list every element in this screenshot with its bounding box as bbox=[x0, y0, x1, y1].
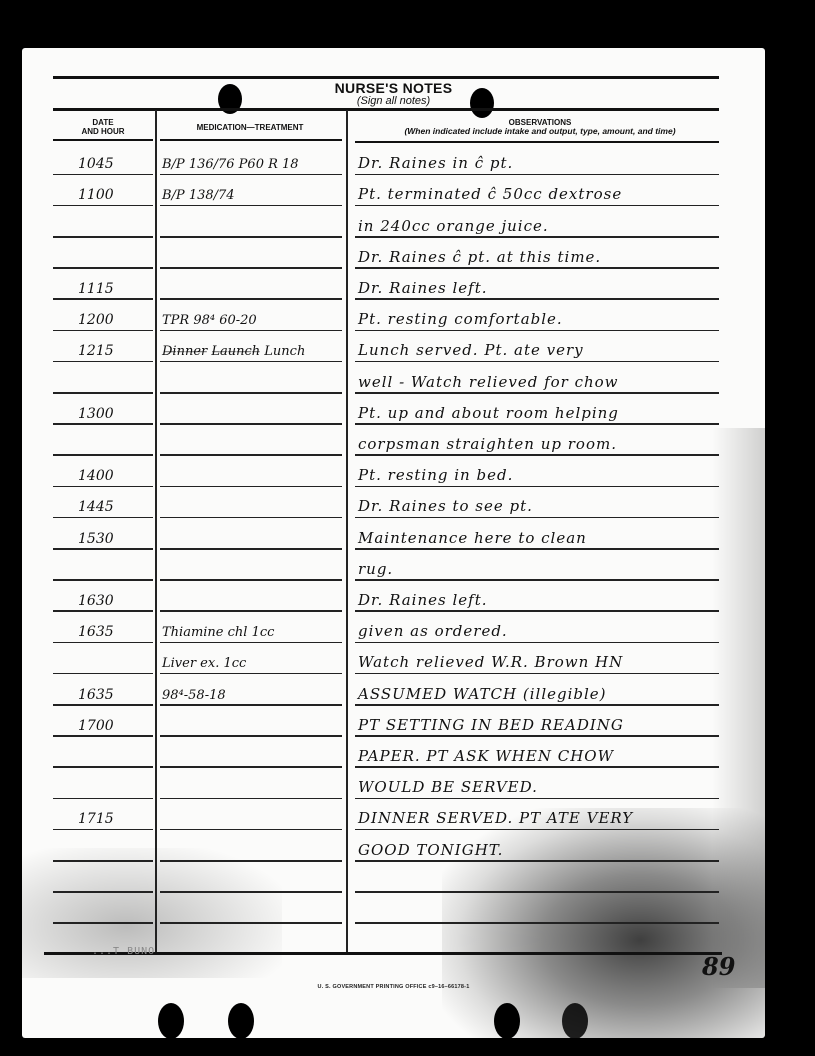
medication-cell: Thiamine chl 1cc bbox=[162, 625, 274, 640]
table-row: 1100B/P 138/74Pt. terminated ĉ 50cc dext… bbox=[22, 175, 765, 206]
date-hour-cell: 1715 bbox=[78, 811, 114, 827]
observation-cell: Pt. resting in bed. bbox=[358, 466, 513, 484]
observation-cell: rug. bbox=[358, 560, 393, 578]
date-hour-cell: 1700 bbox=[78, 718, 114, 734]
observation-cell: Dr. Raines to see pt. bbox=[358, 497, 533, 515]
table-row: 1530Maintenance here to clean bbox=[22, 518, 765, 549]
table-row: 1700PT SETTING IN BED READING bbox=[22, 706, 765, 737]
col-header-observations-sub: (When indicated include intake and outpu… bbox=[355, 127, 725, 136]
observation-cell: well - Watch relieved for chow bbox=[358, 373, 619, 391]
title-text: NURSE'S NOTES bbox=[22, 80, 765, 96]
observation-cell: Lunch served. Pt. ate very bbox=[358, 341, 584, 359]
observation-cell: Dr. Raines ĉ pt. at this time. bbox=[358, 248, 601, 266]
observation-cell: given as ordered. bbox=[358, 622, 508, 640]
table-row: 1115Dr. Raines left. bbox=[22, 269, 765, 300]
table-row: in 240cc orange juice. bbox=[22, 206, 765, 237]
table-row: 1635Thiamine chl 1ccgiven as ordered. bbox=[22, 612, 765, 643]
col-header-medication: MEDICATION—TREATMENT bbox=[158, 123, 342, 132]
medication-cell: 98⁴-58-18 bbox=[162, 688, 226, 703]
date-hour-cell: 1635 bbox=[78, 687, 114, 703]
observation-cell: Watch relieved W.R. Brown HN bbox=[358, 653, 623, 671]
medication-cell: D̶i̶n̶n̶e̶r̶ L̶a̶u̶n̶c̶h̶ Lunch bbox=[162, 344, 305, 359]
table-row: Dr. Raines ĉ pt. at this time. bbox=[22, 238, 765, 269]
observation-cell: in 240cc orange juice. bbox=[358, 217, 549, 235]
table-row: 1630Dr. Raines left. bbox=[22, 581, 765, 612]
top-rule bbox=[53, 76, 719, 79]
observation-cell: GOOD TONIGHT. bbox=[358, 841, 503, 859]
observation-cell: Pt. resting comfortable. bbox=[358, 310, 563, 328]
col-header-date-line2: AND HOUR bbox=[53, 127, 153, 136]
page-number: 89 bbox=[702, 952, 735, 981]
date-hour-cell: 1045 bbox=[78, 156, 114, 172]
faded-stamp: ...T BUNO bbox=[92, 946, 155, 957]
observation-cell: WOULD BE SERVED. bbox=[358, 778, 538, 796]
table-row: WOULD BE SERVED. bbox=[22, 768, 765, 799]
observation-cell: PAPER. PT ASK WHEN CHOW bbox=[358, 747, 614, 765]
medication-cell: B/P 136/76 P60 R 18 bbox=[162, 157, 299, 172]
col-header-date: DATE AND HOUR bbox=[53, 118, 153, 136]
observation-cell: PT SETTING IN BED READING bbox=[358, 716, 624, 734]
punch-hole bbox=[228, 1003, 254, 1038]
nurses-notes-form: NURSE'S NOTES (Sign all notes) DATE AND … bbox=[22, 48, 765, 1038]
observation-cell: Maintenance here to clean bbox=[358, 529, 587, 547]
date-hour-cell: 1100 bbox=[78, 187, 114, 203]
table-row: corpsman straighten up room. bbox=[22, 425, 765, 456]
date-hour-cell: 1215 bbox=[78, 343, 114, 359]
table-row bbox=[22, 893, 765, 924]
printing-office-footer: U. S. GOVERNMENT PRINTING OFFICE c9–16–6… bbox=[22, 984, 765, 990]
date-hour-cell: 1635 bbox=[78, 624, 114, 640]
observation-cell: Dr. Raines left. bbox=[358, 279, 488, 297]
header-rule bbox=[53, 108, 719, 111]
subtitle-text: (Sign all notes) bbox=[22, 95, 765, 107]
colhead-rule-med bbox=[160, 139, 342, 141]
date-hour-cell: 1400 bbox=[78, 468, 114, 484]
table-row bbox=[22, 862, 765, 893]
observation-cell: Pt. up and about room helping bbox=[358, 404, 619, 422]
colhead-rule-date bbox=[53, 139, 153, 141]
date-hour-cell: 1115 bbox=[78, 281, 114, 297]
table-row: 163598⁴-58-18ASSUMED WATCH (illegible) bbox=[22, 674, 765, 705]
date-hour-cell: 1530 bbox=[78, 531, 114, 547]
col-header-date-line1: DATE bbox=[53, 118, 153, 127]
table-row: GOOD TONIGHT. bbox=[22, 830, 765, 861]
punch-hole bbox=[158, 1003, 184, 1038]
date-hour-cell: 1445 bbox=[78, 499, 114, 515]
table-row: 1215D̶i̶n̶n̶e̶r̶ L̶a̶u̶n̶c̶h̶ LunchLunch… bbox=[22, 331, 765, 362]
table-row: well - Watch relieved for chow bbox=[22, 362, 765, 393]
table-row: 1400Pt. resting in bed. bbox=[22, 456, 765, 487]
table-row: 1300Pt. up and about room helping bbox=[22, 394, 765, 425]
table-row: 1045B/P 136/76 P60 R 18Dr. Raines in ĉ p… bbox=[22, 144, 765, 175]
colhead-rule-obs bbox=[355, 141, 719, 143]
table-row: 1200TPR 98⁴ 60-20Pt. resting comfortable… bbox=[22, 300, 765, 331]
table-row: 1445Dr. Raines to see pt. bbox=[22, 487, 765, 518]
medication-cell: TPR 98⁴ 60-20 bbox=[162, 313, 257, 328]
date-hour-cell: 1300 bbox=[78, 406, 114, 422]
table-row: PAPER. PT ASK WHEN CHOW bbox=[22, 737, 765, 768]
observation-cell: Pt. terminated ĉ 50cc dextrose bbox=[358, 185, 622, 203]
date-hour-cell: 1630 bbox=[78, 593, 114, 609]
observation-cell: ASSUMED WATCH (illegible) bbox=[358, 685, 607, 703]
observation-cell: corpsman straighten up room. bbox=[358, 435, 617, 453]
table-row: rug. bbox=[22, 550, 765, 581]
medication-cell: B/P 138/74 bbox=[162, 188, 235, 203]
observation-cell: DINNER SERVED. PT ATE VERY bbox=[358, 809, 633, 827]
table-row: Liver ex. 1ccWatch relieved W.R. Brown H… bbox=[22, 643, 765, 674]
col-header-medication-label: MEDICATION—TREATMENT bbox=[158, 123, 342, 132]
col-header-observations: OBSERVATIONS (When indicated include int… bbox=[355, 118, 725, 136]
observation-cell: Dr. Raines in ĉ pt. bbox=[358, 154, 513, 172]
table-row: 1715DINNER SERVED. PT ATE VERY bbox=[22, 799, 765, 830]
medication-cell: Liver ex. 1cc bbox=[162, 656, 246, 671]
punch-hole bbox=[494, 1003, 520, 1038]
form-title: NURSE'S NOTES (Sign all notes) bbox=[22, 80, 765, 107]
date-hour-cell: 1200 bbox=[78, 312, 114, 328]
punch-hole bbox=[562, 1003, 588, 1038]
observation-cell: Dr. Raines left. bbox=[358, 591, 488, 609]
